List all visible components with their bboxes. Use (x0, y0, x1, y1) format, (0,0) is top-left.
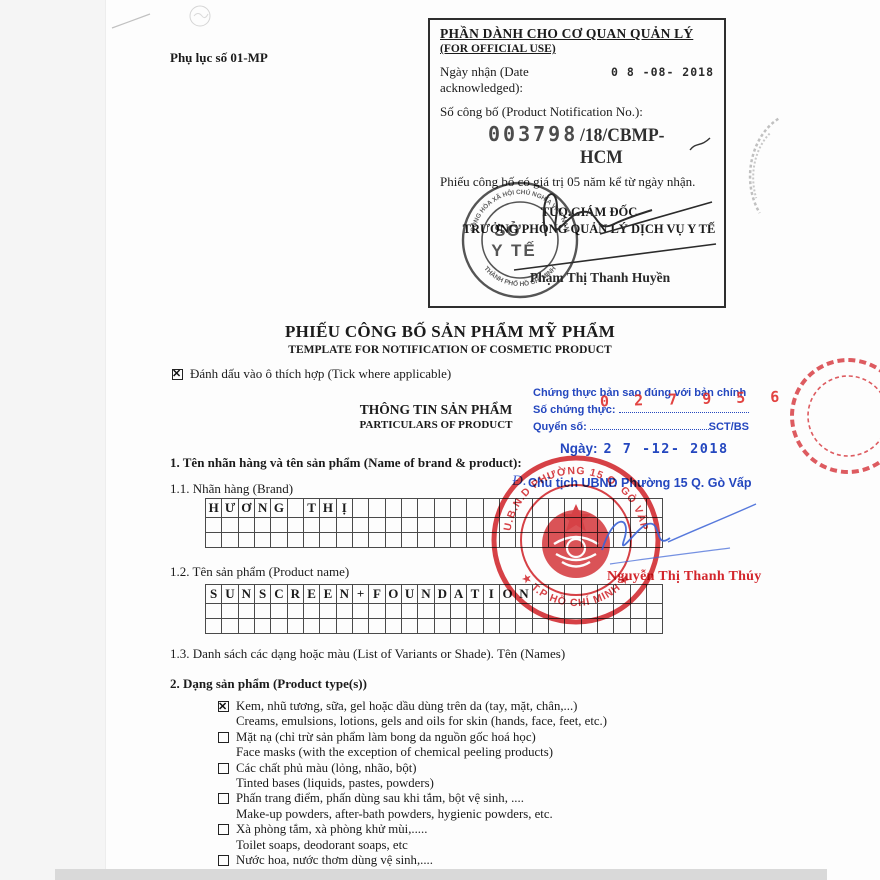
grid-cell (270, 618, 287, 634)
checkbox-icon (218, 855, 229, 866)
grid-cell (401, 618, 418, 634)
scanned-document-page: Phụ lục số 01-MP PHẦN DÀNH CHO CƠ QUAN Q… (0, 0, 880, 880)
grid-cell (417, 603, 434, 619)
product-type-label-vi: Mặt nạ (chỉ trừ sản phẩm làm bong da ngu… (236, 730, 536, 745)
grid-cell (303, 517, 320, 533)
grid-cell (336, 618, 353, 634)
grid-cell (336, 517, 353, 533)
grid-cell: R (287, 584, 304, 604)
checkbox-icon (218, 763, 229, 774)
appendix-label: Phụ lục số 01-MP (170, 50, 268, 66)
grid-cell (287, 618, 304, 634)
grid-cell (368, 517, 385, 533)
grid-cell: S (205, 584, 222, 604)
product-type-list: Kem, nhũ tương, sữa, gel hoặc dầu dùng t… (218, 699, 758, 868)
grid-cell (450, 618, 467, 634)
checkbox-icon (218, 701, 229, 712)
edge-red-stamp-fragment (752, 352, 880, 482)
grid-cell (385, 532, 402, 548)
grid-cell (434, 618, 451, 634)
grid-cell (270, 532, 287, 548)
grid-cell: A (450, 584, 467, 604)
grid-cell (450, 603, 467, 619)
product-name-label: 1.2. Tên sản phẩm (Product name) (170, 564, 349, 580)
grid-cell: U (401, 584, 418, 604)
faint-stamp-fragment (729, 107, 787, 222)
grid-cell (401, 603, 418, 619)
product-info-heading-en: PARTICULARS OF PRODUCT (280, 419, 592, 431)
checkbox-icon (218, 824, 229, 835)
grid-cell (417, 618, 434, 634)
product-type-label-en: Make-up powders, after-bath powders, hyg… (236, 807, 758, 822)
notification-number-suffix: /18/CBMP-HCM (580, 125, 703, 169)
section2-heading: 2. Dạng sản phẩm (Product type(s)) (170, 676, 367, 692)
pen-tick-mark (688, 136, 714, 154)
product-info-heading-vi: THÔNG TIN SẢN PHẨM (280, 402, 592, 418)
document-title: PHIẾU CÔNG BỐ SẢN PHẨM MỸ PHẨM TEMPLATE … (150, 322, 750, 356)
book-no-suffix: SCT/BS (709, 421, 749, 433)
grid-cell (352, 603, 369, 619)
tick-note: Đánh dấu vào ô thích hợp (Tick where app… (172, 366, 451, 382)
grid-cell (352, 618, 369, 634)
pencil-mark (108, 4, 228, 34)
grid-cell (368, 603, 385, 619)
product-type-label-en: Face masks (with the exception of chemic… (236, 745, 758, 760)
document-title-en: TEMPLATE FOR NOTIFICATION OF COSMETIC PR… (150, 344, 750, 356)
director-signature (500, 170, 722, 285)
product-type-item: Nước hoa, nước thơm dùng vệ sinh,.... (218, 853, 758, 868)
grid-cell (450, 532, 467, 548)
brand-label: 1.1. Nhãn hàng (Brand) (170, 481, 293, 497)
grid-cell (336, 603, 353, 619)
grid-cell (238, 517, 255, 533)
grid-cell (205, 517, 222, 533)
grid-cell (352, 517, 369, 533)
grid-cell (385, 618, 402, 634)
grid-cell: U (221, 584, 238, 604)
signer-name: Phạm Thị Thanh Huyền (490, 270, 710, 286)
grid-cell (352, 498, 369, 518)
product-type-label-en: Toilet soaps, deodorant soaps, etc (236, 838, 758, 853)
grid-cell: G (270, 498, 287, 518)
checkbox-icon (218, 732, 229, 743)
grid-cell (221, 618, 238, 634)
grid-cell: N (238, 584, 255, 604)
date-received-label: Ngày nhận (Date acknowledged): (440, 64, 603, 96)
grid-cell (450, 517, 467, 533)
grid-cell: D (434, 584, 451, 604)
grid-cell: T (303, 498, 320, 518)
grid-cell (434, 517, 451, 533)
grid-cell (417, 532, 434, 548)
grid-cell (401, 498, 418, 518)
tick-note-label: Đánh dấu vào ô thích hợp (Tick where app… (190, 366, 451, 382)
grid-cell: + (352, 584, 369, 604)
product-info-heading: THÔNG TIN SẢN PHẨM PARTICULARS OF PRODUC… (280, 402, 592, 431)
checkbox-icon (218, 793, 229, 804)
grid-cell (466, 603, 483, 619)
grid-cell (466, 618, 483, 634)
grid-cell (270, 517, 287, 533)
variants-label: 1.3. Danh sách các dạng hoặc màu (List o… (170, 646, 565, 662)
product-type-item: Các chất phủ màu (lỏng, nhão, bột) Tinte… (218, 761, 758, 792)
checked-checkbox-icon (172, 369, 183, 380)
document-title-vi: PHIẾU CÔNG BỐ SẢN PHẨM MỸ PHẨM (150, 322, 750, 342)
grid-cell: E (303, 584, 320, 604)
grid-cell (270, 603, 287, 619)
grid-cell: F (368, 584, 385, 604)
grid-cell: T (466, 584, 483, 604)
grid-cell (287, 603, 304, 619)
grid-cell (385, 498, 402, 518)
notification-number-stamp: 003798 (488, 122, 578, 146)
grid-cell (368, 532, 385, 548)
grid-cell (466, 498, 483, 518)
grid-cell (336, 532, 353, 548)
grid-cell (205, 603, 222, 619)
grid-cell (287, 532, 304, 548)
grid-cell (434, 532, 451, 548)
product-type-item: Phấn trang điểm, phấn dùng sau khi tắm, … (218, 791, 758, 822)
grid-cell (287, 498, 304, 518)
grid-cell: S (254, 584, 271, 604)
grid-cell (205, 618, 222, 634)
grid-cell (401, 517, 418, 533)
product-type-item: Kem, nhũ tương, sữa, gel hoặc dầu dùng t… (218, 699, 758, 730)
grid-cell: Ơ (238, 498, 255, 518)
dotted-line (590, 419, 709, 430)
product-type-label-en: Creams, emulsions, lotions, gels and oil… (236, 714, 758, 729)
notification-no-label: Số công bố (Product Notification No.): (440, 104, 643, 120)
grid-cell (205, 532, 222, 548)
grid-cell (434, 603, 451, 619)
grid-cell (319, 517, 336, 533)
grid-cell: H (319, 498, 336, 518)
grid-cell (417, 498, 434, 518)
grid-cell: Ư (221, 498, 238, 518)
grid-cell (466, 532, 483, 548)
grid-cell (254, 618, 271, 634)
grid-cell: Ị (336, 498, 353, 518)
grid-cell (238, 532, 255, 548)
ward-signature (580, 492, 762, 572)
official-use-box: PHẦN DÀNH CHO CƠ QUAN QUẢN LÝ (FOR OFFIC… (428, 18, 726, 308)
product-type-label-en: Tinted bases (liquids, pastes, powders) (236, 776, 758, 791)
grid-cell: E (319, 584, 336, 604)
grid-cell (303, 532, 320, 548)
grid-cell: C (270, 584, 287, 604)
grid-cell (352, 532, 369, 548)
product-type-item: Xà phòng tắm, xà phòng khử mùi,..... Toi… (218, 822, 758, 853)
product-type-label-vi: Phấn trang điểm, phấn dùng sau khi tắm, … (236, 791, 524, 806)
grid-cell (254, 532, 271, 548)
section1-heading: 1. Tên nhãn hàng và tên sản phẩm (Name o… (170, 455, 522, 471)
grid-cell (319, 603, 336, 619)
scan-left-margin (0, 0, 106, 880)
grid-cell (254, 517, 271, 533)
date-received-stamp: 0 8 -08- 2018 (611, 65, 714, 79)
product-type-label-vi: Kem, nhũ tương, sữa, gel hoặc dầu dùng t… (236, 699, 577, 714)
grid-cell (401, 532, 418, 548)
grid-cell: H (205, 498, 222, 518)
grid-cell: N (254, 498, 271, 518)
grid-cell (385, 603, 402, 619)
grid-cell (450, 498, 467, 518)
official-box-title-vi: PHẦN DÀNH CHO CƠ QUAN QUẢN LÝ (440, 26, 714, 42)
grid-cell (466, 517, 483, 533)
grid-cell (417, 517, 434, 533)
grid-cell (385, 517, 402, 533)
grid-cell (434, 498, 451, 518)
grid-cell: N (336, 584, 353, 604)
grid-cell: O (385, 584, 402, 604)
scan-bottom-edge (55, 869, 827, 880)
product-type-item: Mặt nạ (chỉ trừ sản phẩm làm bong da ngu… (218, 730, 758, 761)
grid-cell (221, 603, 238, 619)
grid-cell (254, 603, 271, 619)
grid-cell (287, 517, 304, 533)
grid-cell (368, 498, 385, 518)
product-type-label-vi: Xà phòng tắm, xà phòng khử mùi,..... (236, 822, 427, 837)
grid-cell (221, 517, 238, 533)
grid-cell (303, 603, 320, 619)
grid-cell: N (417, 584, 434, 604)
grid-cell (238, 618, 255, 634)
grid-cell (221, 532, 238, 548)
grid-cell (319, 532, 336, 548)
grid-cell (319, 618, 336, 634)
grid-cell (238, 603, 255, 619)
official-box-title-en: (FOR OFFICIAL USE) (440, 43, 714, 55)
grid-cell (303, 618, 320, 634)
grid-cell (368, 618, 385, 634)
product-type-label-vi: Nước hoa, nước thơm dùng vệ sinh,.... (236, 853, 433, 868)
product-type-label-vi: Các chất phủ màu (lỏng, nhão, bột) (236, 761, 417, 776)
